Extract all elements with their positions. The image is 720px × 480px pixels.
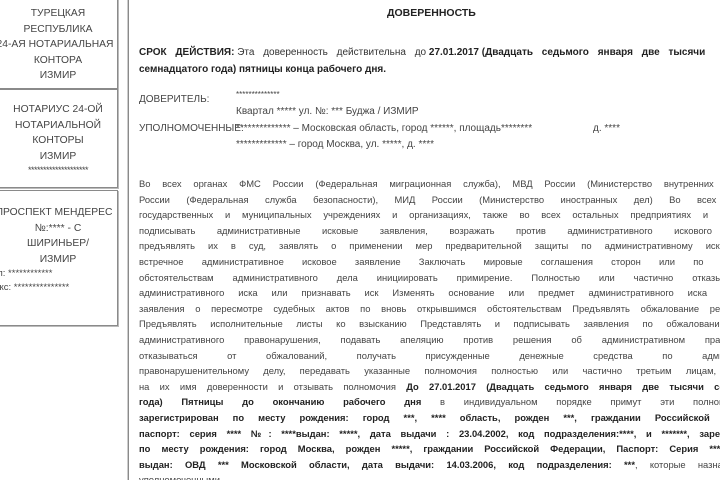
address-line: ИЗМИР: [0, 252, 117, 268]
agents-label: УПОЛНОМОЧЕННЫЕ:: [139, 123, 244, 134]
office-line: РЕСПУБЛИКА: [0, 22, 117, 38]
powers-text-normal: , которые назначены мной: [635, 459, 720, 470]
powers-line: предъявлять их в суд, заявлять о примене…: [139, 238, 720, 254]
office-line: КОНТОРА: [0, 53, 117, 69]
agent-details-line: паспорт: серия **** №: ****выдан: *****,…: [139, 426, 720, 442]
notary-line: НОТАРИАЛЬНОЙ: [0, 118, 117, 134]
office-line: ИЗМИР: [0, 68, 117, 84]
powers-line: государственных и муниципальных учрежден…: [139, 207, 720, 223]
powers-line: уполномоченными.: [139, 472, 720, 480]
term-date-words-cont: семнадцатого года) пятницы конца рабочег…: [139, 64, 386, 75]
notary-name-masked: ********************: [0, 164, 117, 176]
address-line: ШИРИНЬЕР/: [0, 236, 117, 252]
powers-text: Во всех органах ФМС России (Федеральная …: [139, 176, 720, 480]
agent-details-line: по месту рождения: город Москва, рожден …: [139, 441, 720, 457]
powers-line: правонарушенительному делу, передавать у…: [139, 363, 720, 379]
agent-1: ************** – Московская область, гор…: [236, 123, 532, 134]
document-title: ДОВЕРЕННОСТЬ: [387, 7, 476, 19]
notary-line: НОТАРИУС 24-ОЙ: [0, 102, 117, 118]
fax-number: Факс: ***************: [0, 281, 117, 295]
notary-line: КОНТОРЫ: [0, 133, 117, 149]
agent-details-bold: по месту рождения: город Москва, рожден …: [139, 443, 720, 454]
powers-line: России (Федеральная служба безопасности)…: [139, 192, 720, 208]
document-body: ДОВЕРЕННОСТЬ СРОК ДЕЙСТВИЯ: Эта доверенн…: [128, 0, 720, 480]
principal-address: Квартал ***** ул. №: *** Буджа / ИЗМИР: [236, 106, 419, 117]
powers-deadline-bold: До 27.01.2017 (Двадцать седьмого января …: [406, 381, 720, 392]
office-line: 24-АЯ НОТАРИАЛЬНАЯ: [0, 37, 117, 53]
agent-details-bold: зарегистрирован по месту рождения: город…: [139, 412, 720, 423]
notary-office-box: ТУРЕЦКАЯ РЕСПУБЛИКА 24-АЯ НОТАРИАЛЬНАЯ К…: [0, 0, 118, 89]
agent-details-line: выдан: ОВД *** Московской области, дата …: [139, 457, 720, 473]
powers-text-normal: на их имя доверенности и отзывать полном…: [139, 381, 406, 392]
address-line: №:**** - С: [0, 221, 117, 237]
address-line: ПРОСПЕКТ МЕНДЕРЕС: [0, 205, 117, 221]
notary-name-box: НОТАРИУС 24-ОЙ НОТАРИАЛЬНОЙ КОНТОРЫ ИЗМИ…: [0, 89, 118, 188]
notary-line: ИЗМИР: [0, 149, 117, 165]
term-date: 27.01.2017: [429, 47, 479, 58]
powers-line: отказываться от обжалований, получать пр…: [139, 348, 720, 364]
powers-line: Предъявлять исполнительные листы ко взыс…: [139, 316, 720, 332]
phone-number: Тел: ************: [0, 267, 117, 281]
agent-2: ************* – город Москва, ул. *****,…: [236, 139, 434, 150]
powers-line: обстоятельствам административного дела и…: [139, 270, 720, 286]
powers-line: Во всех органах ФМС России (Федеральная …: [139, 176, 720, 192]
principal-label: ДОВЕРИТЕЛЬ:: [139, 94, 209, 105]
agent-details-bold: паспорт: серия **** №: ****выдан: *****,…: [139, 428, 720, 439]
notary-address-box: ПРОСПЕКТ МЕНДЕРЕС №:**** - С ШИРИНЬЕР/ И…: [0, 190, 118, 326]
agent-details-bold: выдан: ОВД *** Московской области, дата …: [139, 459, 635, 470]
powers-deadline-bold: года) Пятницы до окончанию рабочего дня: [139, 396, 421, 407]
powers-line: административного правонарушения, подава…: [139, 332, 720, 348]
term-label: СРОК ДЕЙСТВИЯ:: [139, 47, 234, 58]
principal-name: **************: [236, 90, 280, 99]
agent-details-line: зарегистрирован по месту рождения: город…: [139, 410, 720, 426]
powers-line: административного иска или признавать ис…: [139, 285, 720, 301]
agent-1-house: д. ****: [593, 123, 620, 134]
office-line: ТУРЕЦКАЯ: [0, 6, 117, 22]
powers-text-normal: в индивидуальном порядке примут эти полн…: [421, 396, 720, 407]
validity-term: СРОК ДЕЙСТВИЯ: Эта доверенность действит…: [139, 44, 720, 78]
powers-line: года) Пятницы до окончанию рабочего дня …: [139, 394, 720, 410]
powers-line: подписывать административные исковые зая…: [139, 223, 720, 239]
powers-line: заявления о пересмотре судебных актов по…: [139, 301, 720, 317]
term-text: Эта доверенность действительна до: [237, 47, 426, 58]
powers-line: на их имя доверенности и отзывать полном…: [139, 379, 720, 395]
powers-line: встречное административное исковое заявл…: [139, 254, 720, 270]
term-date-words: (Двадцать седьмого января две тысячи: [482, 47, 705, 58]
